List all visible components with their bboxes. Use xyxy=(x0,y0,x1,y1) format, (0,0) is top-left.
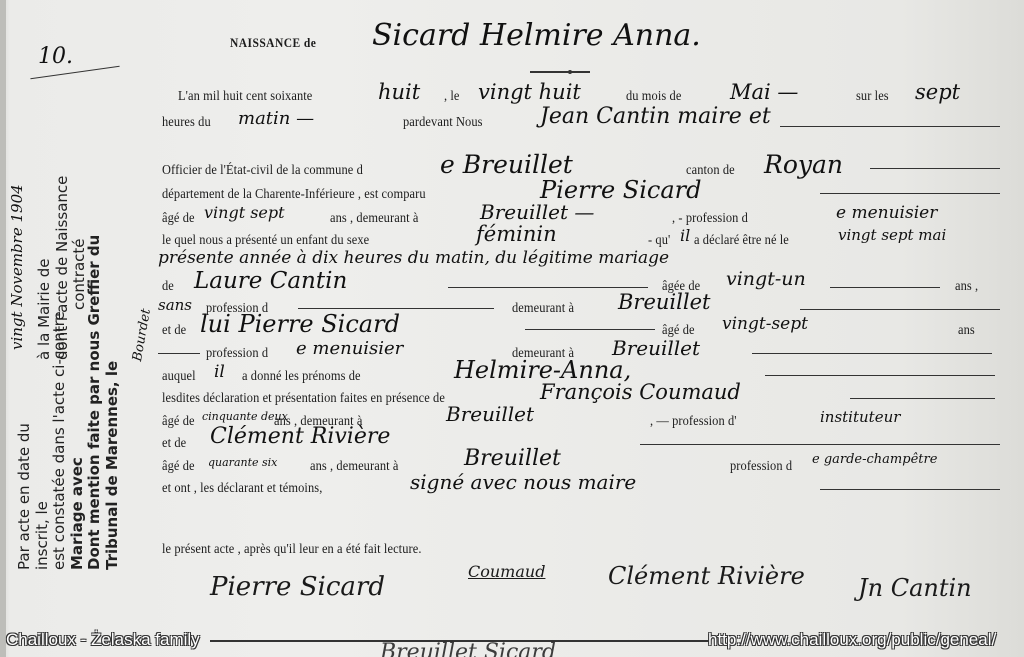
hw-witness-2: Clément Rivière xyxy=(210,424,390,449)
hw-mother-residence: Breuillet xyxy=(618,290,710,314)
margin-right-fragments: à la Mairie de dont l'acte de Naissance … xyxy=(36,176,89,380)
text-mother-demeurant: demeurant à xyxy=(512,300,574,316)
text-profession: , - profession d xyxy=(672,210,748,226)
fill-line xyxy=(640,444,1000,445)
hw-year: huit xyxy=(378,80,420,104)
text-year: L'an mil huit cent soixante xyxy=(178,88,312,104)
text-et-ont: et ont , les déclarant et témoins, xyxy=(162,480,322,496)
margin-contracte: contracté xyxy=(71,176,89,380)
text-ans: ans , xyxy=(955,278,978,294)
text-et-de: et de xyxy=(162,322,186,338)
hw-il: il xyxy=(680,226,690,245)
hw-declarant-profession: e menuisier xyxy=(836,203,937,223)
hw-birth-time: présente année à dix heures du matin, du… xyxy=(158,248,669,268)
hw-commune: e Breuillet xyxy=(440,150,573,179)
heading-printed: NAISSANCE de xyxy=(230,36,316,51)
text-officier: Officier de l'État-civil de la commune d xyxy=(162,162,363,178)
text-ans-father: ans xyxy=(958,322,975,338)
text-prenoms: a donné les prénoms de xyxy=(242,368,361,384)
fill-line xyxy=(830,287,940,288)
text-lesdites: lesdites déclaration et présentation fai… xyxy=(162,390,445,406)
text-lecture: le présent acte , après qu'il leur en a … xyxy=(162,541,422,557)
hw-mother: Laure Cantin xyxy=(194,268,347,294)
fill-line xyxy=(850,398,995,399)
hw-il-2: il xyxy=(214,362,225,382)
heading-ornament-left xyxy=(530,71,590,73)
fill-line xyxy=(298,308,494,309)
text-heures-du: heures du xyxy=(162,114,211,130)
hw-mother-age: vingt-un xyxy=(726,268,806,290)
text-witness1-profession: , — profession d' xyxy=(650,413,737,429)
fill-line xyxy=(820,489,1000,490)
signature-cantin: Jn Cantin xyxy=(858,574,972,602)
text-le-quel: le quel nous a présenté un enfant du sex… xyxy=(162,232,369,248)
hw-signed-with: signé avec nous maire xyxy=(410,470,636,494)
text-et-de-2: et de xyxy=(162,435,186,451)
heading-ornament-dot xyxy=(568,70,572,74)
hw-father: lui Pierre Sicard xyxy=(200,310,400,338)
signature-coumaud: Coumaud xyxy=(468,562,545,581)
hw-father-profession: e menuisier xyxy=(296,338,403,359)
hw-declarant-residence: Breuillet — xyxy=(480,200,594,224)
page-edge xyxy=(0,0,6,657)
margin-hw-date: vingt Novembre 1904 xyxy=(8,184,26,350)
text-age-de: âgé de xyxy=(162,210,195,226)
margin-hw-bourdet: Bourdet xyxy=(130,308,154,363)
margin-mairie: à la Mairie de xyxy=(36,176,54,380)
hw-sex: féminin xyxy=(476,222,557,246)
text-pardevant: pardevant Nous xyxy=(403,114,483,130)
next-entry-fragment: Breuillet Sicard xyxy=(380,640,556,657)
heading-name: Sicard Helmire Anna. xyxy=(372,18,701,53)
text-auquel: auquel xyxy=(162,368,196,384)
document-page: 10. NAISSANCE de Sicard Helmire Anna. L'… xyxy=(0,0,1024,657)
hw-sans: sans xyxy=(158,296,192,314)
hw-witness-2-age: quarante six xyxy=(208,456,277,469)
hw-birth-date: vingt sept mai xyxy=(838,226,946,244)
hw-day: vingt huit xyxy=(478,80,581,104)
hw-witness-2-profession: e garde-champêtre xyxy=(812,452,937,467)
watermark-url: http://www.chailloux.org/public/geneal/ xyxy=(708,630,996,650)
hw-hour: sept xyxy=(915,80,960,104)
hw-month: Mai — xyxy=(730,80,798,104)
hw-witness-1-residence: Breuillet xyxy=(446,402,534,426)
text-declare: a déclaré être né le xyxy=(694,232,789,248)
hw-canton: Royan xyxy=(764,150,843,179)
fill-line xyxy=(780,126,1000,127)
hw-witness-2-residence: Breuillet xyxy=(464,446,561,471)
fill-line xyxy=(448,287,648,288)
fill-line xyxy=(525,329,655,330)
text-de: de xyxy=(162,278,174,294)
margin-line-5: Dont mention faite par nous Greffier du xyxy=(86,50,104,610)
hw-witness-1: François Coumaud xyxy=(540,380,741,404)
fill-line xyxy=(752,353,992,354)
margin-acte-naissance: dont l'acte de Naissance xyxy=(54,176,72,380)
text-witness1-age-label: âgé de xyxy=(162,413,195,429)
hw-time-of-day: matin — xyxy=(238,108,314,129)
watermark-family: Chailloux - Żelaska family xyxy=(6,630,200,650)
hw-witness-1-profession: instituteur xyxy=(820,408,900,426)
fill-line xyxy=(820,193,1000,194)
fill-line xyxy=(870,168,1000,169)
text-sur-les: sur les xyxy=(856,88,889,104)
text-witness2-profession: profession d xyxy=(730,458,792,474)
fill-line xyxy=(800,309,1000,310)
text-month-label: du mois de xyxy=(626,88,681,104)
hw-officer: Jean Cantin maire et xyxy=(540,104,771,129)
hw-father-age: vingt-sept xyxy=(722,314,808,334)
signature-clement-riviere: Clément Rivière xyxy=(608,562,805,590)
text-qu: - qu' xyxy=(648,232,670,248)
hw-declarant-age: vingt sept xyxy=(204,203,285,222)
text-le: , le xyxy=(444,88,460,104)
signature-pierre-sicard: Pierre Sicard xyxy=(210,572,385,602)
text-witness2-age-label: âgé de xyxy=(162,458,195,474)
text-father-profession: profession d xyxy=(206,345,268,361)
text-departement: département de la Charente-Inférieure , … xyxy=(162,186,426,202)
fill-line xyxy=(765,375,995,376)
fill-line xyxy=(158,353,200,354)
text-ans-demeurant: ans , demeurant à xyxy=(330,210,418,226)
margin-line-6: Tribunal de Marennes, le xyxy=(104,50,122,610)
text-witness2-demeurant: ans , demeurant à xyxy=(310,458,398,474)
